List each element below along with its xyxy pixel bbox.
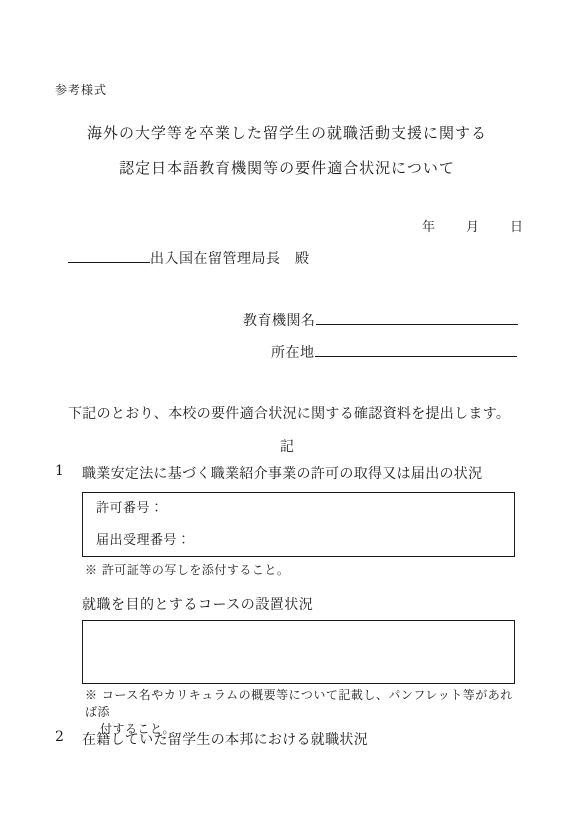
document-title-line2: 認定日本語教育機関等の要件適合状況について [0, 157, 574, 178]
date-month-label: 月 [466, 216, 479, 235]
addressee-label: 出入国在留管理局長 殿 [150, 251, 310, 267]
reference-format-tag: 参考様式 [55, 81, 107, 98]
permit-number-label: 許可番号： [96, 501, 514, 517]
section1-number: 1 [55, 463, 64, 479]
address-label: 所在地 [271, 345, 315, 361]
date-day-label: 日 [510, 216, 523, 235]
section1-heading: 職業安定法に基づく職業紹介事業の許可の取得又は届出の状況 [82, 463, 482, 483]
addressee-office-blank-field[interactable] [68, 247, 150, 263]
document-title-line1: 海外の大学等を卒業した留学生の就職活動支援に関する [0, 122, 574, 143]
ki-mark: 記 [0, 436, 574, 456]
permit-entry-box[interactable]: 許可番号： 届出受理番号： [82, 492, 515, 557]
org-name-blank-field[interactable] [316, 309, 518, 325]
org-name-label: 教育機関名 [243, 313, 316, 329]
address-line: 所在地 [271, 341, 517, 362]
org-name-line: 教育機関名 [243, 309, 518, 330]
notification-number-label: 届出受理番号： [96, 533, 514, 549]
addressee-line: 出入国在留管理局長 殿 [68, 247, 310, 268]
section2-heading: 在籍していた留学生の本邦における就職状況 [82, 729, 368, 749]
submission-statement: 下記のとおり、本校の要件適合状況に関する確認資料を提出します。 [68, 403, 510, 423]
permit-copy-note: ※ 許可証等の写しを添付すること。 [85, 562, 289, 579]
section2-number: 2 [55, 729, 64, 745]
date-line: 年 月 日 [422, 216, 523, 235]
address-blank-field[interactable] [315, 341, 517, 357]
course-sub-heading: 就職を目的とするコースの設置状況 [82, 594, 313, 614]
course-entry-box[interactable] [82, 620, 515, 684]
date-year-label: 年 [422, 216, 435, 235]
course-note-line1: ※ コース名やカリキュラムの概要等について記載し、パンフレット等があれば添 [85, 687, 525, 721]
document-page: 参考様式 海外の大学等を卒業した留学生の就職活動支援に関する 認定日本語教育機関… [0, 0, 574, 815]
